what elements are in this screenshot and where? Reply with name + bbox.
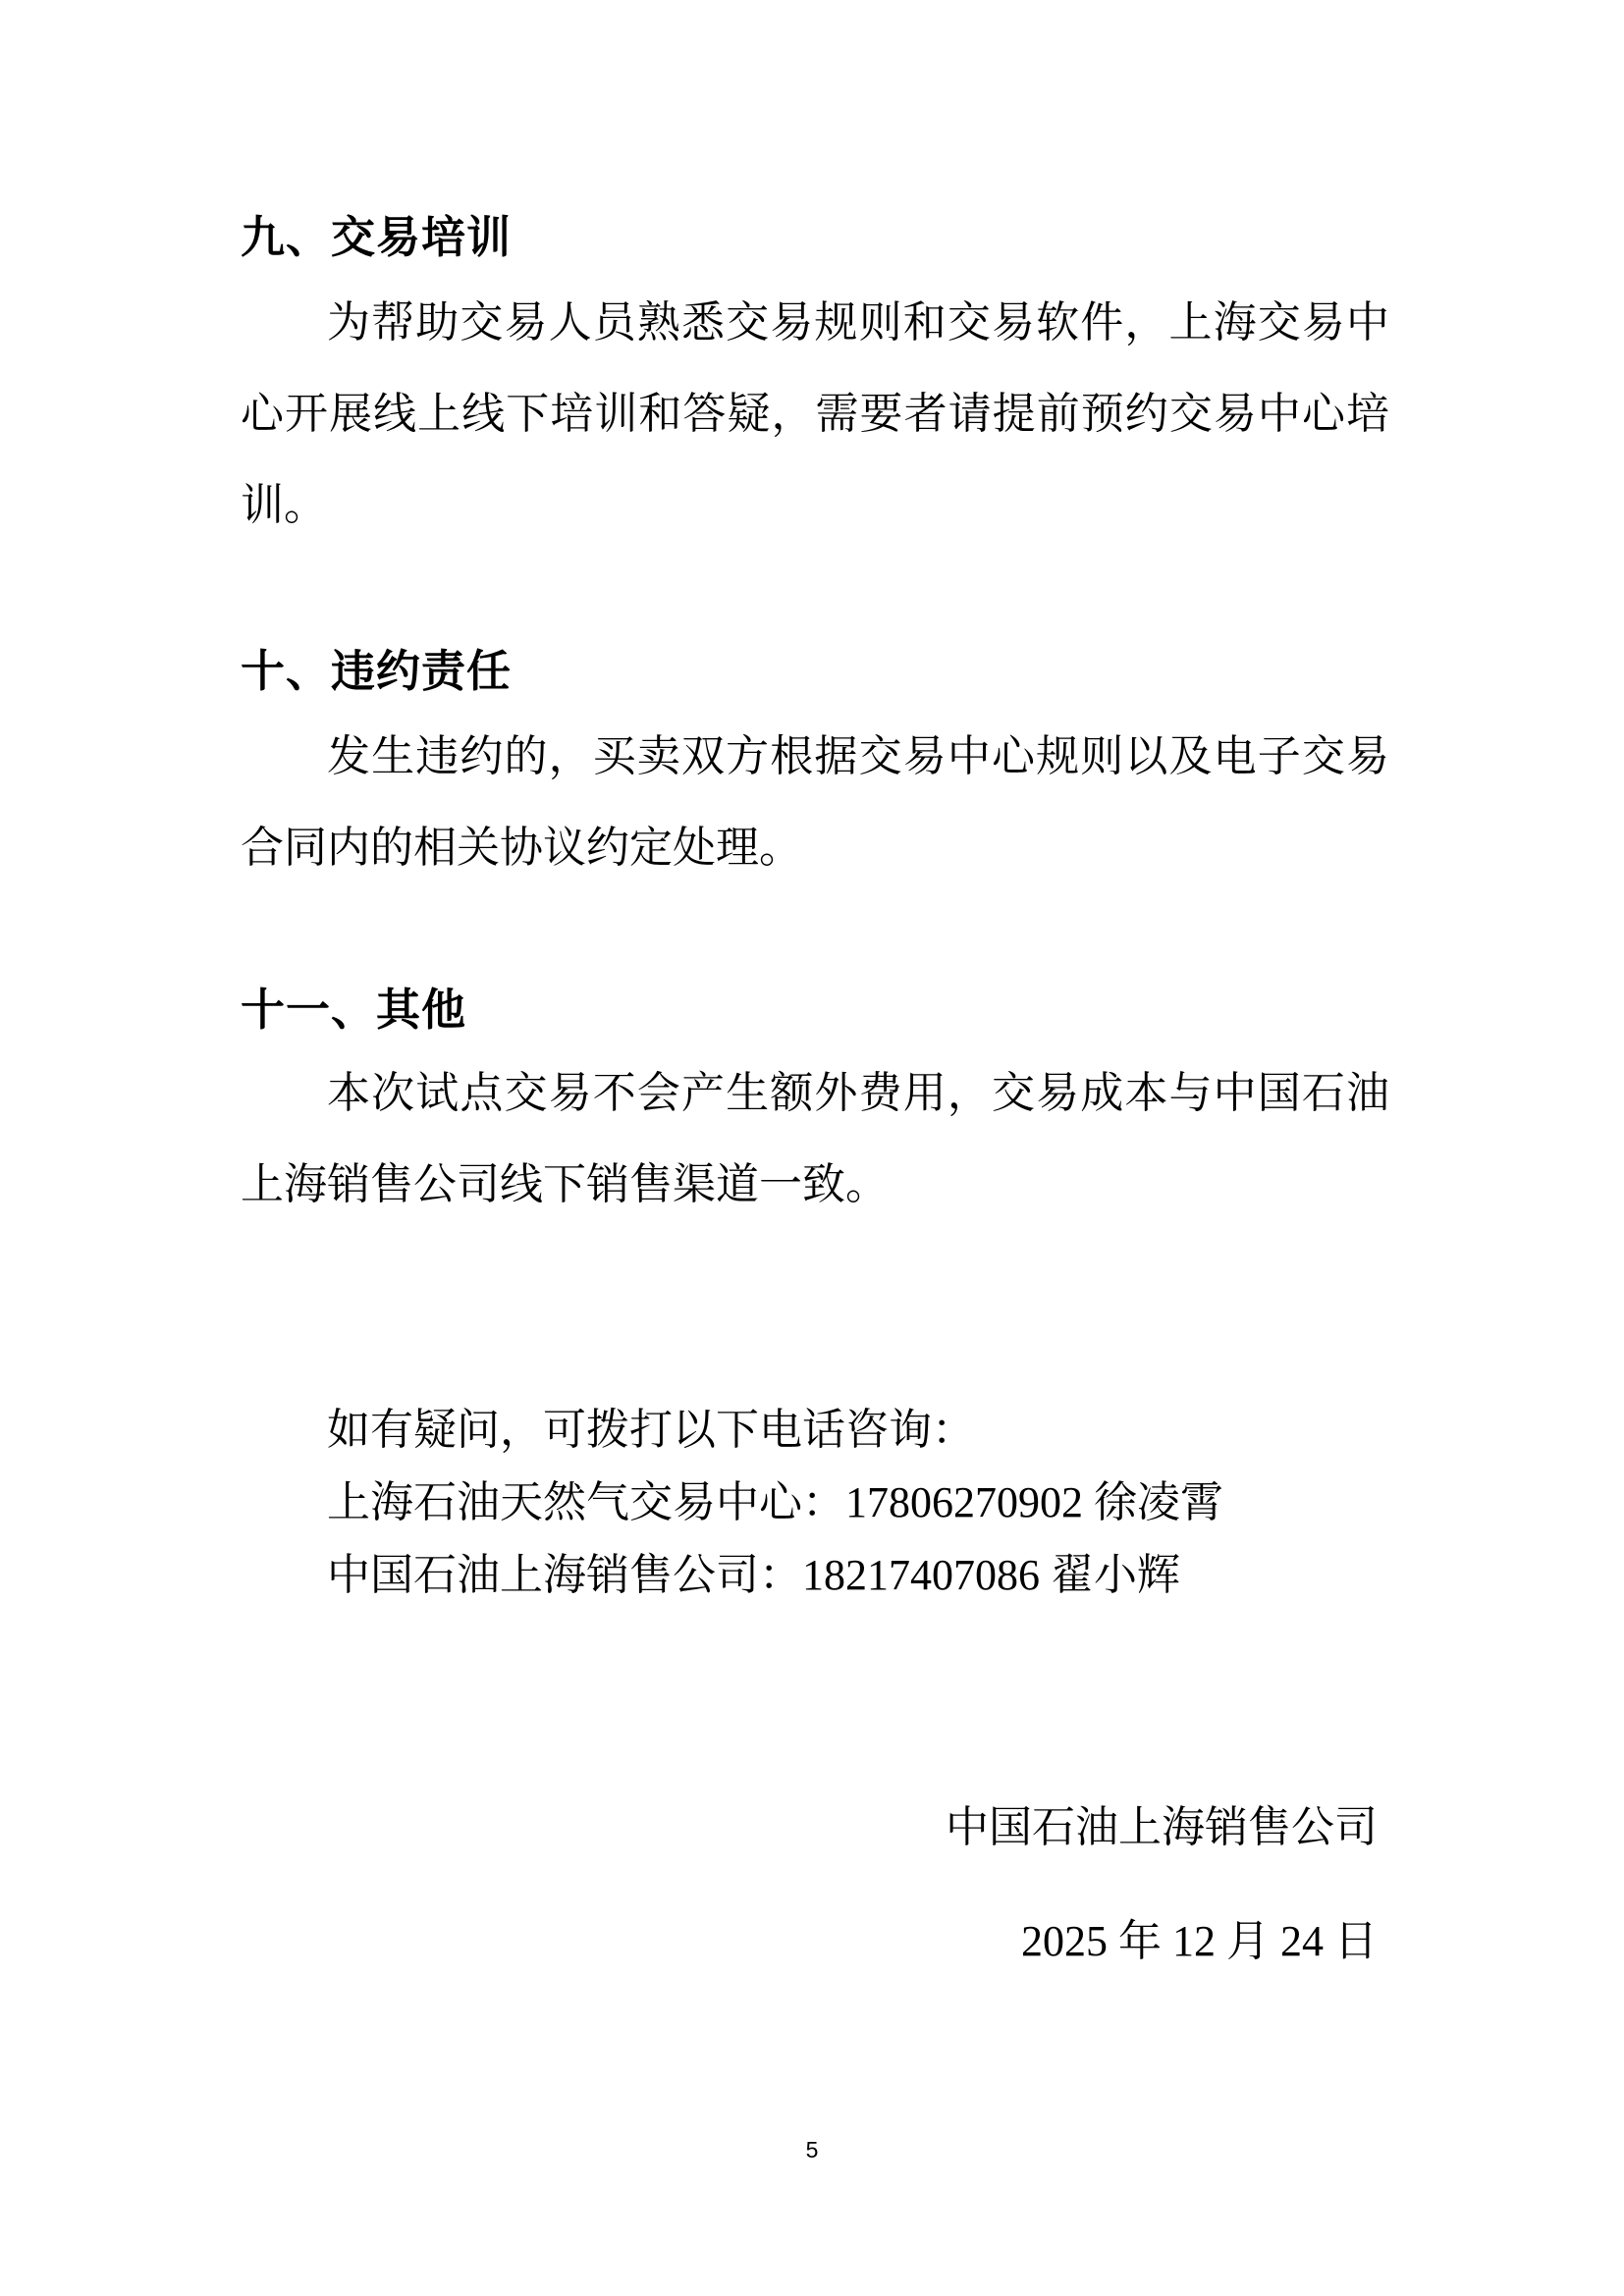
contact-block: 如有疑问，可拨打以下电话咨询： 上海石油天然气交易中心：17806270902 … <box>241 1394 1389 1612</box>
contact-phone-petrochina: 中国石油上海销售公司：18217407086 翟小辉 <box>327 1539 1389 1612</box>
section-11-paragraph: 本次试点交易不会产生额外费用，交易成本与中国石油 上海销售公司线下销售渠道一致。 <box>241 1047 1389 1230</box>
paragraph-line: 合同内的相关协议约定处理。 <box>241 802 1389 893</box>
section-10-heading: 十、违约责任 <box>241 646 1389 697</box>
paragraph-line: 心开展线上线下培训和答疑，需要者请提前预约交易中心培 <box>241 368 1389 459</box>
page-number: 5 <box>0 2137 1624 2163</box>
section-10-paragraph: 发生违约的，买卖双方根据交易中心规则以及电子交易 合同内的相关协议约定处理。 <box>241 711 1389 893</box>
section-9-heading: 九、交易培训 <box>241 212 1389 263</box>
paragraph-line: 为帮助交易人员熟悉交易规则和交易软件，上海交易中 <box>241 277 1389 368</box>
paragraph-line: 本次试点交易不会产生额外费用，交易成本与中国石油 <box>241 1047 1389 1139</box>
paragraph-line: 训。 <box>241 459 1389 551</box>
paragraph-line: 上海销售公司线下销售渠道一致。 <box>241 1139 1389 1230</box>
signature-date: 2025 年 12 月 24 日 <box>241 1916 1389 1967</box>
contact-phone-exchange: 上海石油天然气交易中心：17806270902 徐凌霄 <box>327 1467 1389 1539</box>
paragraph-line: 发生违约的，买卖双方根据交易中心规则以及电子交易 <box>241 711 1389 802</box>
contact-intro: 如有疑问，可拨打以下电话咨询： <box>327 1394 1389 1467</box>
section-11-heading: 十一、其他 <box>241 985 1389 1036</box>
section-9-paragraph: 为帮助交易人员熟悉交易规则和交易软件，上海交易中 心开展线上线下培训和答疑，需要… <box>241 277 1389 551</box>
signature-company: 中国石油上海销售公司 <box>241 1802 1389 1853</box>
document-page: 九、交易培训 为帮助交易人员熟悉交易规则和交易软件，上海交易中 心开展线上线下培… <box>0 0 1624 2296</box>
